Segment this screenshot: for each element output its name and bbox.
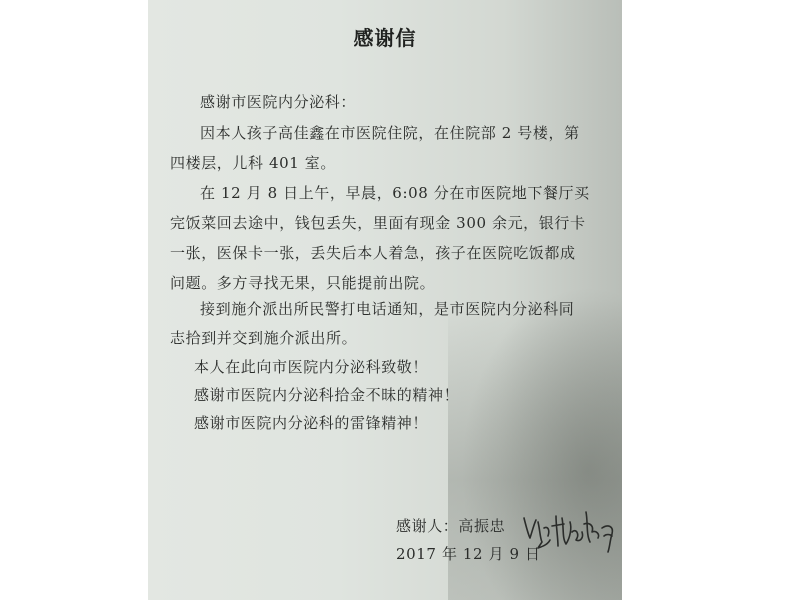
paragraph-line: 一张，医保卡一张，丢失后本人着急，孩子在医院吃饭都成 xyxy=(170,243,576,263)
paragraph-line: 因本人孩子高佳鑫在市医院住院，在住院部 2 号楼，第 xyxy=(200,123,580,143)
paragraph-line: 完饭菜回去途中，钱包丢失，里面有现金 300 余元，银行卡 xyxy=(170,213,586,233)
paragraph-line: 志拾到并交到施介派出所。 xyxy=(170,328,357,348)
closing-line: 感谢市医院内分泌科的雷锋精神！ xyxy=(194,413,428,433)
letter-paper: 感谢信 感谢市医院内分泌科： 因本人孩子高佳鑫在市医院住院，在住院部 2 号楼，… xyxy=(148,0,622,600)
handwritten-signature-icon xyxy=(518,508,622,558)
closing-line: 感谢市医院内分泌科拾金不昧的精神！ xyxy=(194,385,459,405)
salutation: 感谢市医院内分泌科： xyxy=(200,92,356,112)
paragraph-line: 在 12 月 8 日上午，早晨，6:08 分在市医院地下餐厅买 xyxy=(200,183,590,203)
thanker-name: 感谢人：高振忠 xyxy=(396,516,505,536)
paragraph-line: 四楼层，儿科 401 室。 xyxy=(170,153,336,173)
paragraph-line: 问题。多方寻找无果，只能提前出院。 xyxy=(170,273,435,293)
paragraph-line: 接到施介派出所民警打电话通知，是市医院内分泌科同 xyxy=(200,299,574,319)
closing-line: 本人在此向市医院内分泌科致敬！ xyxy=(194,357,428,377)
letter-title: 感谢信 xyxy=(148,22,622,51)
letter-content: 感谢信 感谢市医院内分泌科： 因本人孩子高佳鑫在市医院住院，在住院部 2 号楼，… xyxy=(148,0,622,600)
